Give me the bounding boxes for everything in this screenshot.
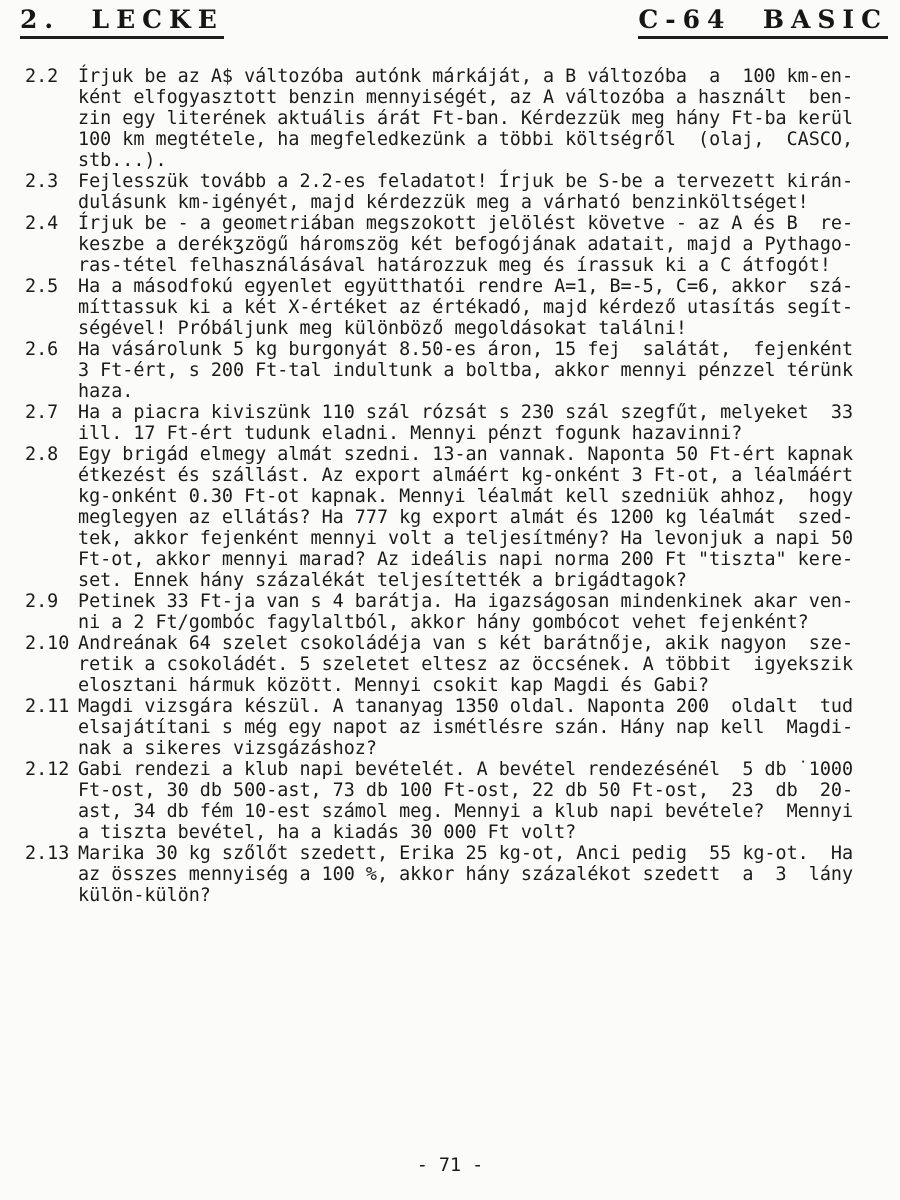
document-page: 2. LECKE C-64 BASIC 2.2 Írjuk be az A$ v… xyxy=(0,0,900,1200)
exercise-number: 2.8 xyxy=(25,444,78,465)
exercise-text: Magdi vizsgára készül. A tananyag 1350 o… xyxy=(78,696,885,759)
exercise-text: Írjuk be - a geometriában megszokott jel… xyxy=(78,213,885,276)
exercise-item: 2.9 Petinek 33 Ft-ja van s 4 barátja. Ha… xyxy=(25,591,885,633)
page-number: - 71 - xyxy=(0,1155,900,1176)
exercise-text: Egy brigád elmegy almát szedni. 13-an va… xyxy=(78,444,885,591)
exercise-number: 2.7 xyxy=(25,402,78,423)
exercise-text: Gabi rendezi a klub napi bevételét. A be… xyxy=(78,759,885,843)
exercise-item: 2.5 Ha a másodfokú egyenlet együtthatói … xyxy=(25,276,885,339)
exercise-text: Andreának 64 szelet csokoládéja van s ké… xyxy=(78,633,885,696)
book-title: C-64 BASIC xyxy=(638,6,888,39)
exercise-number: 2.9 xyxy=(25,591,78,612)
exercise-item: 2.3 Fejlesszük tovább a 2.2-es feladatot… xyxy=(25,171,885,213)
exercise-text: Marika 30 kg szőlőt szedett, Erika 25 kg… xyxy=(78,843,885,906)
exercise-text: Fejlesszük tovább a 2.2-es feladatot! Ír… xyxy=(78,171,885,213)
exercise-number: 2.5 xyxy=(25,276,78,297)
exercise-item: 2.8 Egy brigád elmegy almát szedni. 13-a… xyxy=(25,444,885,591)
exercise-number: 2.10 xyxy=(25,633,78,654)
exercise-item: 2.12 Gabi rendezi a klub napi bevételét.… xyxy=(25,759,885,843)
lesson-title: 2. LECKE xyxy=(20,6,224,39)
exercise-list: 2.2 Írjuk be az A$ változóba autónk márk… xyxy=(25,66,885,906)
exercise-number: 2.11 xyxy=(25,696,78,717)
exercise-number: 2.2 xyxy=(25,66,78,87)
exercise-number: 2.3 xyxy=(25,171,78,192)
exercise-item: 2.10 Andreának 64 szelet csokoládéja van… xyxy=(25,633,885,696)
exercise-text: Ha vásárolunk 5 kg burgonyát 8.50-es áro… xyxy=(78,339,885,402)
exercise-item: 2.2 Írjuk be az A$ változóba autónk márk… xyxy=(25,66,885,171)
exercise-text: Írjuk be az A$ változóba autónk márkáját… xyxy=(78,66,885,171)
exercise-text: Ha a másodfokú egyenlet együtthatói rend… xyxy=(78,276,885,339)
exercise-item: 2.7 Ha a piacra kiviszünk 110 szál rózsá… xyxy=(25,402,885,444)
exercise-item: 2.13 Marika 30 kg szőlőt szedett, Erika … xyxy=(25,843,885,906)
exercise-text: Petinek 33 Ft-ja van s 4 barátja. Ha iga… xyxy=(78,591,885,633)
exercise-number: 2.13 xyxy=(25,843,78,864)
exercise-item: 2.11 Magdi vizsgára készül. A tananyag 1… xyxy=(25,696,885,759)
exercise-item: 2.4 Írjuk be - a geometriában megszokott… xyxy=(25,213,885,276)
exercise-item: 2.6 Ha vásárolunk 5 kg burgonyát 8.50-es… xyxy=(25,339,885,402)
exercise-number: 2.12 xyxy=(25,759,78,780)
exercise-number: 2.4 xyxy=(25,213,78,234)
exercise-number: 2.6 xyxy=(25,339,78,360)
exercise-text: Ha a piacra kiviszünk 110 szál rózsát s … xyxy=(78,402,885,444)
